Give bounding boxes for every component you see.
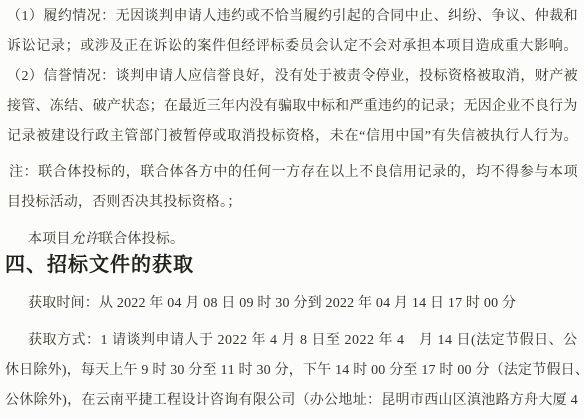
acquisition-method-line-2: 休日除外)，每天上午 9 时 30 分至 11 时 30 分，下午 14 时 0…: [5, 361, 578, 380]
performance-clause-line-2: 诉讼记录；或涉及正在诉讼的案件但经评标委员会认定不会对承担本项目造成重大影响。: [7, 37, 578, 56]
note-line-2: 目投标活动，否则否决其投标资格。；: [7, 193, 241, 212]
consortium-statement-suffix: 联合体投标。: [99, 232, 184, 247]
credit-clause-line-1: （2）信誉情况：谈判申请人应信誉良好，没有处于被责令停业，投标资格被取消，财产被: [7, 67, 578, 86]
section-heading-document-acquisition: 四、招标文件的获取: [5, 253, 194, 277]
acquisition-method-line-3: 公休除外)，在云南平捷工程设计咨询有限公司（办公地址：昆明市西山区滇池路方舟大厦…: [5, 391, 578, 410]
credit-clause-line-2: 接管、冻结、破产状态；在最近三年内没有骗取中标和严重违约的记录；无因企业不良行为: [7, 97, 578, 116]
credit-clause-line-3: 记录被建设行政主管部门被暂停或取消投标资格，未在“信用中国”有失信被执行人行为。: [7, 127, 578, 146]
consortium-statement-emphasis: 允许: [71, 232, 99, 247]
consortium-statement-prefix: 本项目: [28, 232, 71, 247]
acquisition-method-line-1: 获取方式：1 请谈判申请人于 2022 年 4 月 8 日至 2022 年 4 …: [28, 331, 578, 350]
performance-clause-line-1: （1）履约情况：无因谈判申请人违约或不恰当履约引起的合同中止、纠纷、争议、仲裁和: [7, 7, 578, 26]
acquisition-time-line: 获取时间：从 2022 年 04 月 08 日 09 时 30 分到 2022 …: [28, 294, 516, 313]
consortium-statement: 本项目允许联合体投标。: [28, 230, 184, 249]
document-page: （1）履约情况：无因谈判申请人违约或不恰当履约引起的合同中止、纠纷、争议、仲裁和…: [0, 0, 584, 419]
note-line-1: 注：联合体投标的，联合体各方中的任何一方存在以上不良信用记录的，均不得参与本项: [9, 163, 578, 182]
